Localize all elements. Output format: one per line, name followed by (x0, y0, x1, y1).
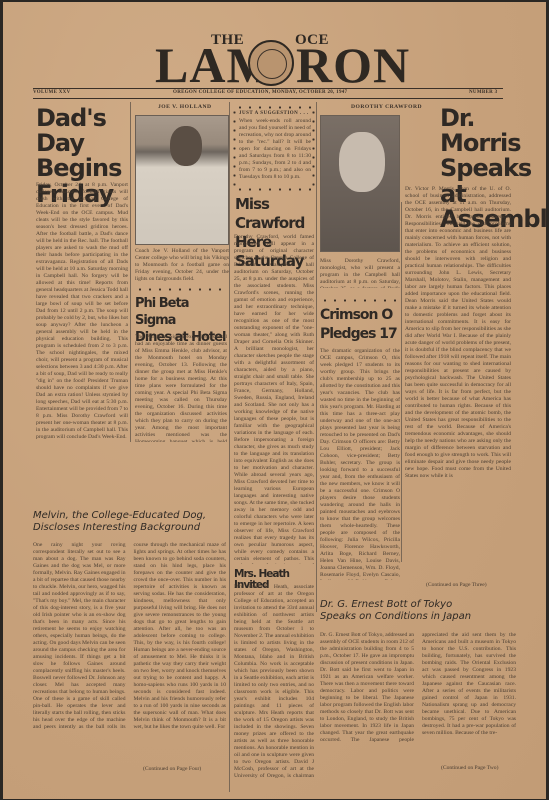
crawford-photo (320, 115, 400, 252)
masthead-title-right: RON (296, 40, 410, 90)
holland-photo-label: JOE V. HOLLAND (158, 104, 212, 110)
divider-dots (320, 299, 400, 302)
volume-label: VOLUME XXV (33, 90, 70, 95)
column-divider (316, 102, 317, 612)
portrait-head (170, 126, 202, 166)
bott-continued-link[interactable]: (Continued on Page Two) (441, 765, 498, 771)
suggestion-box-text: When week-ends roll around and you find … (239, 118, 311, 184)
morris-article: Dr. Victor P. Morris, dean of the U. of … (405, 186, 511, 571)
holland-photo-caption: Coach Joe V. Holland of the Vanport Cent… (135, 248, 229, 286)
masthead-rule-bottom (33, 98, 503, 99)
suggestion-box-border-right (312, 108, 315, 188)
crawford-photo-caption: Miss Dorothy Crawford, monologist, who w… (320, 258, 400, 288)
college-seal-icon (248, 40, 294, 86)
phi-beta-article: The Phi Beta Sigma executive council had… (135, 334, 227, 442)
suggestion-box-border-left (233, 108, 236, 188)
dads-day-article: Friday, October 24, at 8 p.m. Vanport co… (36, 182, 128, 440)
holland-photo (135, 115, 229, 245)
heath-article: Mrs Pearl B Heath, associate professor o… (234, 584, 314, 780)
suggestion-box-border-bottom (235, 188, 315, 191)
newspaper-page: THE OCE LAM RON VOLUME XXV OREGON COLLEG… (3, 2, 546, 799)
dateline: OREGON COLLEGE OF EDUCATION, MONDAY, OCT… (173, 90, 347, 95)
divider-dots (135, 288, 227, 291)
suggestion-box-title: JUST A SUGGESTION . . . (239, 111, 309, 116)
melvin-article: One rainy night your roving corresponden… (33, 542, 226, 767)
crawford-article: Dorothy Crawford, world famed monologist… (234, 234, 314, 564)
bott-headline: Dr. G. Ernest Bott of Tokyo Speaks on Co… (320, 599, 546, 622)
morris-continued-link[interactable]: (Continued on Page Three) (426, 582, 487, 588)
crimson-o-headline: Crimson O Pledges 17 (320, 306, 402, 344)
column-divider (401, 202, 402, 562)
suggestion-box-border-top (235, 106, 315, 109)
column-divider (229, 102, 230, 792)
crimson-o-article: The dramatic organization of the OCE cam… (320, 348, 400, 580)
portrait-face (339, 132, 385, 192)
crawford-photo-label: DOROTHY CRAWFORD (351, 104, 422, 110)
melvin-continued-link[interactable]: (Continued on Page Four) (143, 766, 201, 772)
bott-article: Dr. G. Ernest Bott of Tokyo, addressed a… (320, 632, 516, 772)
melvin-headline: Melvin, the College-Educated Dog, Disclo… (33, 510, 233, 533)
issue-number: NUMBER 3 (469, 90, 497, 95)
masthead-rule-top (33, 88, 503, 89)
